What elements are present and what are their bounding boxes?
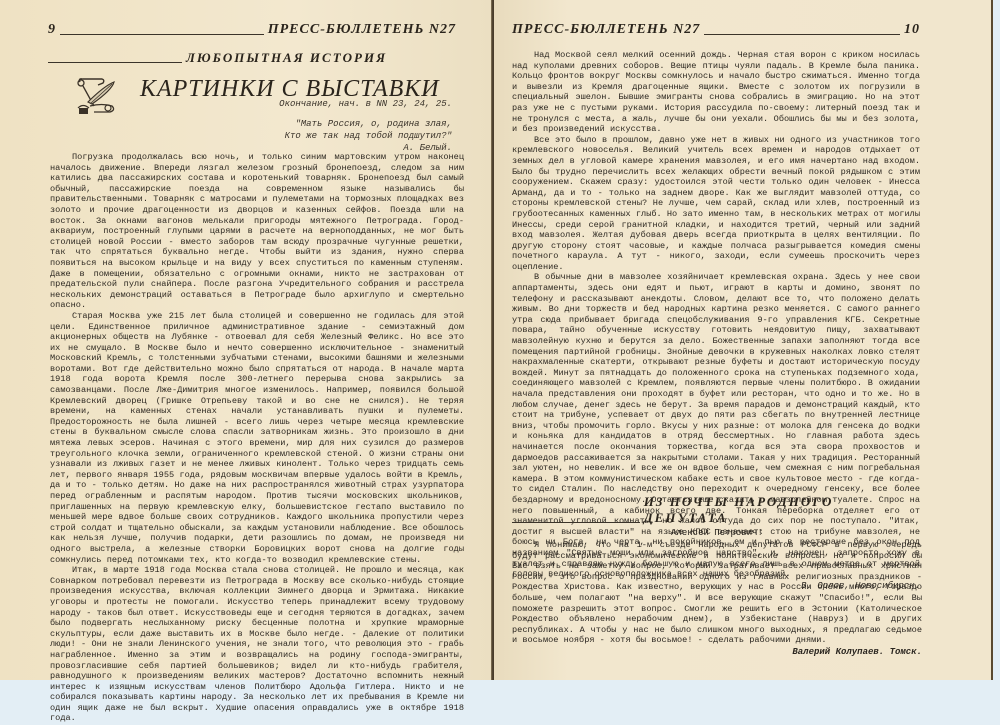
left-page: 9 ПРЕСС-БЮЛЛЕТЕНЬ N27 ЛЮБОПЫТНАЯ ИСТОРИЯ… (0, 0, 492, 680)
publication-title: ПРЕСС-БЮЛЛЕТЕНЬ N27 (268, 22, 456, 38)
section-rule (48, 62, 182, 63)
letter-greeting: Алексей Петрович! (512, 528, 922, 538)
right-page: ПРЕСС-БЮЛЛЕТЕНЬ N27 10 Над Москвой сеял … (494, 0, 993, 680)
paragraph: Итак, в марте 1918 года Москва стала сно… (50, 565, 464, 724)
continuation-note: Окончание, нач. в NN 23, 24, 25. (279, 99, 452, 109)
right-running-head: ПРЕСС-БЮЛЛЕТЕНЬ N27 10 (512, 22, 920, 38)
epigraph-line-1: "Мать Россия, о, родина злая, (285, 118, 452, 130)
section-label: ЛЮБОПЫТНАЯ ИСТОРИЯ (186, 50, 387, 66)
publication-title: ПРЕСС-БЮЛЛЕТЕНЬ N27 (512, 22, 700, 38)
paragraph: Я понимаю, что на 1-м съезде Народных де… (512, 540, 922, 646)
paragraph: Старая Москва уже 215 лет была столицей … (50, 311, 464, 565)
header-rule (60, 34, 264, 35)
page-number: 10 (904, 22, 920, 38)
letter-section-heading: ИЗ ПОЧТЫ НАРОДНОГО ДЕПУТАТА (512, 494, 922, 526)
letter-section: ИЗ ПОЧТЫ НАРОДНОГО ДЕПУТАТА Алексей Петр… (512, 494, 922, 657)
paragraph: Над Москвой сеял мелкий осенний дождь. Ч… (512, 50, 920, 135)
page-number: 9 (48, 22, 56, 38)
epigraph-line-2: Кто же так над тобой подшутил?" (285, 130, 452, 142)
section-heading: ЛЮБОПЫТНАЯ ИСТОРИЯ (48, 50, 387, 66)
epigraph: "Мать Россия, о, родина злая, Кто же так… (285, 118, 452, 154)
booklet-spread: 9 ПРЕСС-БЮЛЛЕТЕНЬ N27 ЛЮБОПЫТНАЯ ИСТОРИЯ… (0, 0, 992, 680)
quill-and-scroll-icon (74, 76, 120, 116)
letter-body: Я понимаю, что на 1-м съезде Народных де… (512, 540, 922, 646)
section-label: ИЗ ПОЧТЫ НАРОДНОГО ДЕПУТАТА (644, 494, 922, 526)
paragraph: Все это было в прошлом, давно уже нет в … (512, 135, 920, 273)
left-running-head: 9 ПРЕСС-БЮЛЛЕТЕНЬ N27 (48, 22, 456, 38)
header-rule (704, 34, 900, 35)
article-body-left: Погрузка продолжалась всю ночь, и только… (50, 152, 464, 724)
letter-signature: Валерий Колупаев. Томск. (512, 647, 922, 657)
paragraph: Погрузка продолжалась всю ночь, и только… (50, 152, 464, 311)
section-rule (512, 522, 640, 523)
